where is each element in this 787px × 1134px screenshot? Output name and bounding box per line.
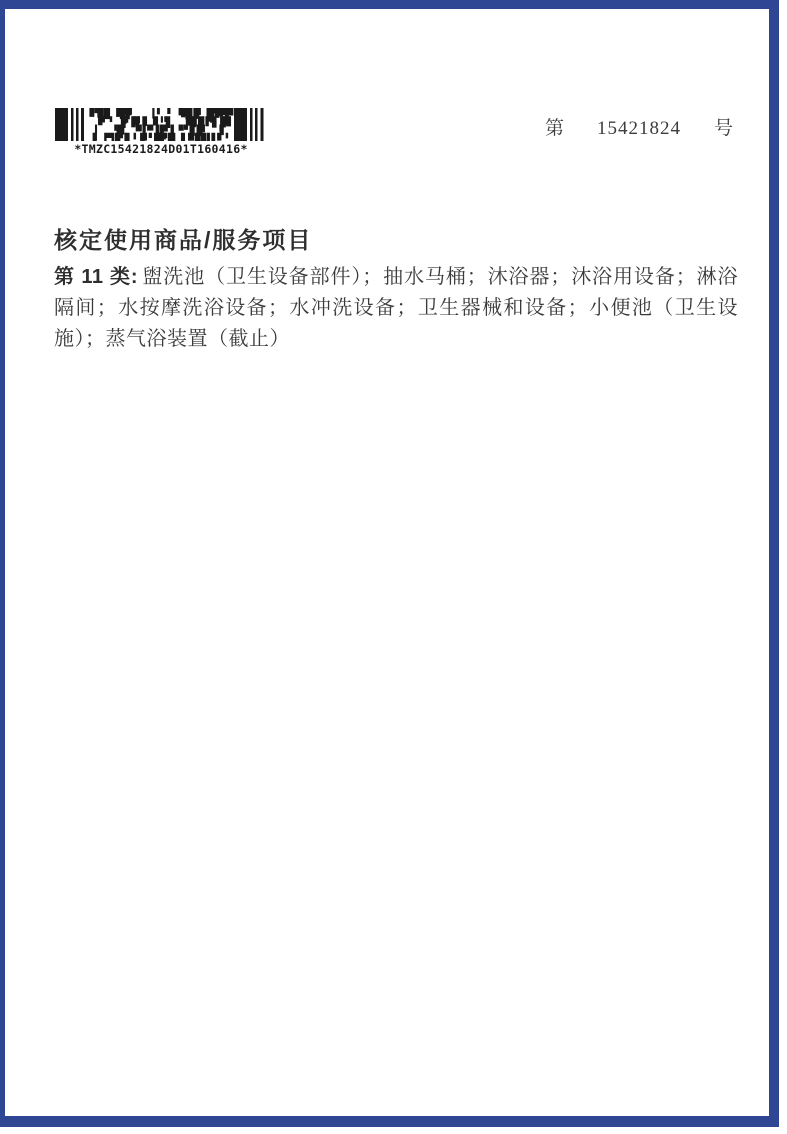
goods-list-paragraph: 第 11 类:盥洗池（卫生设备部件）；抽水马桶；沐浴器；沐浴用设备；淋浴隔间；水… [54,262,738,355]
registration-number: 第 15421824 号 [545,113,733,140]
barcode: *TMZC15421824D01T160416* [54,108,268,156]
registration-number-suffix: 号 [714,113,733,140]
certificate-page: *TMZC15421824D01T160416* 第 15421824 号 核定… [0,0,787,1134]
barcode-bars-icon [55,108,267,141]
goods-class-label: 第 11 类: [54,266,138,288]
goods-list-text: 盥洗池（卫生设备部件）；抽水马桶；沐浴器；沐浴用设备；淋浴隔间；水按摩洗浴设备；… [54,266,738,350]
registration-number-value: 15421824 [597,118,681,140]
registration-number-prefix: 第 [545,113,564,140]
goods-section-heading: 核定使用商品/服务项目 [54,222,312,255]
page-frame [0,0,779,1127]
barcode-text: *TMZC15421824D01T160416* [54,142,268,156]
